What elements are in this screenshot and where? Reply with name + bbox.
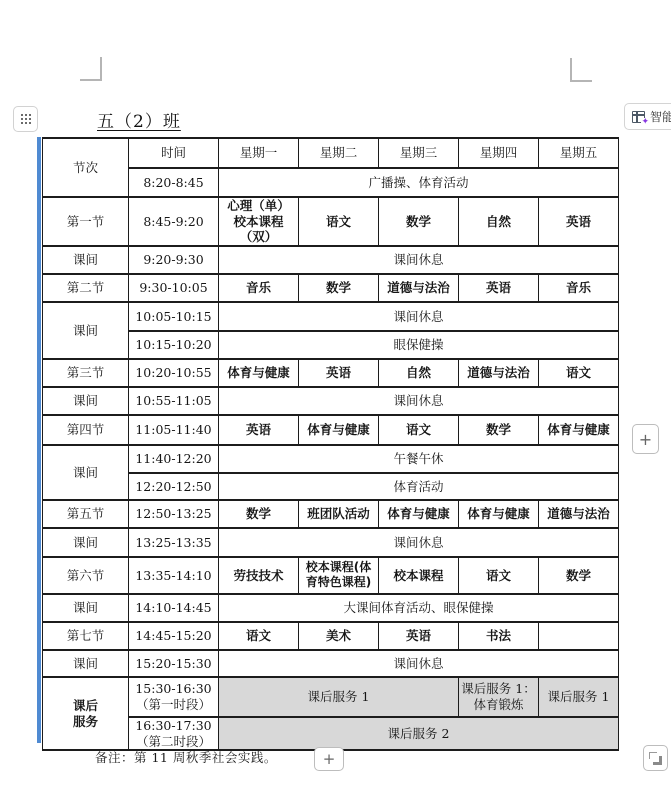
subject-cell[interactable]: 音乐 bbox=[219, 274, 299, 302]
table-row: 第六节 13:35-14:10 劳技技术 校本课程(体育特色课程) 校本课程 语… bbox=[43, 557, 619, 594]
activity-cell[interactable]: 广播操、体育活动 bbox=[219, 168, 619, 197]
subject-cell[interactable]: 语文 bbox=[379, 415, 459, 445]
activity-cell[interactable]: 体育活动 bbox=[219, 473, 619, 500]
subject-cell[interactable]: 语文 bbox=[459, 557, 539, 594]
time-cell[interactable]: 10:05-10:15 bbox=[129, 302, 219, 331]
table-drag-handle[interactable] bbox=[13, 106, 38, 132]
time-cell[interactable]: 15:30-16:30 （第一时段） bbox=[129, 677, 219, 717]
section-cell[interactable]: 第四节 bbox=[43, 415, 129, 445]
smart-table-button[interactable]: ✦ 智能 bbox=[624, 103, 671, 130]
subject-cell[interactable]: 语文 bbox=[219, 622, 299, 650]
subject-cell[interactable]: 数学 bbox=[219, 500, 299, 528]
resize-corners-icon bbox=[649, 752, 662, 765]
table-row: 第三节 10:20-10:55 体育与健康 英语 自然 道德与法治 语文 bbox=[43, 359, 619, 387]
time-cell[interactable]: 11:40-12:20 bbox=[129, 445, 219, 473]
table-row: 第五节 12:50-13:25 数学 班团队活动 体育与健康 体育与健康 道德与… bbox=[43, 500, 619, 528]
time-cell[interactable]: 13:35-14:10 bbox=[129, 557, 219, 594]
subject-cell[interactable]: 道德与法治 bbox=[459, 359, 539, 387]
table-row: 课间 10:55-11:05 课间休息 bbox=[43, 387, 619, 415]
day-header-cell[interactable]: 星期一 bbox=[219, 138, 299, 168]
section-cell[interactable]: 课间 bbox=[43, 302, 129, 359]
add-row-button[interactable]: + bbox=[314, 747, 344, 771]
subject-cell[interactable]: 道德与法治 bbox=[379, 274, 459, 302]
time-cell[interactable]: 12:20-12:50 bbox=[129, 473, 219, 500]
section-cell[interactable]: 课间 bbox=[43, 387, 129, 415]
time-cell[interactable]: 11:05-11:40 bbox=[129, 415, 219, 445]
subject-cell[interactable]: 英语 bbox=[219, 415, 299, 445]
table-row: 8:20-8:45 广播操、体育活动 bbox=[43, 168, 619, 197]
day-header-cell[interactable]: 星期四 bbox=[459, 138, 539, 168]
table-row: 第二节 9:30-10:05 音乐 数学 道德与法治 英语 音乐 bbox=[43, 274, 619, 302]
activity-cell[interactable]: 午餐午休 bbox=[219, 445, 619, 473]
table-row: 课间 13:25-13:35 课间休息 bbox=[43, 528, 619, 557]
activity-cell[interactable]: 课间休息 bbox=[219, 302, 619, 331]
section-cell[interactable]: 课间 bbox=[43, 445, 129, 500]
time-header-cell[interactable]: 时间 bbox=[129, 138, 219, 168]
sparkle-icon: ✦ bbox=[641, 118, 649, 127]
time-cell[interactable]: 16:30-17:30 （第二时段） bbox=[129, 717, 219, 750]
section-cell[interactable]: 第七节 bbox=[43, 622, 129, 650]
subject-cell[interactable]: 音乐 bbox=[539, 274, 619, 302]
time-cell[interactable]: 9:30-10:05 bbox=[129, 274, 219, 302]
service-cell[interactable]: 课后服务 2 bbox=[219, 717, 619, 750]
table-row: 节次 时间 星期一 星期二 星期三 星期四 星期五 bbox=[43, 138, 619, 168]
subject-cell[interactable]: 体育与健康 bbox=[539, 415, 619, 445]
activity-cell[interactable]: 眼保健操 bbox=[219, 331, 619, 359]
subject-cell[interactable]: 自然 bbox=[379, 359, 459, 387]
subject-cell[interactable]: 英语 bbox=[299, 359, 379, 387]
time-cell[interactable]: 10:15-10:20 bbox=[129, 331, 219, 359]
subject-cell[interactable]: 数学 bbox=[299, 274, 379, 302]
table-row: 课间 9:20-9:30 课间休息 bbox=[43, 246, 619, 274]
time-cell[interactable]: 12:50-13:25 bbox=[129, 500, 219, 528]
table-row: 课后 服务 15:30-16:30 （第一时段） 课后服务 1 课后服务 1： … bbox=[43, 677, 619, 717]
section-cell[interactable]: 第二节 bbox=[43, 274, 129, 302]
day-header-cell[interactable]: 星期五 bbox=[539, 138, 619, 168]
subject-cell[interactable]: 道德与法治 bbox=[539, 500, 619, 528]
section-cell[interactable]: 课间 bbox=[43, 528, 129, 557]
table-row: 课间 15:20-15:30 课间休息 bbox=[43, 650, 619, 677]
section-cell[interactable]: 课后 服务 bbox=[43, 677, 129, 750]
subject-cell[interactable]: 美术 bbox=[299, 622, 379, 650]
document-canvas: 五（2）班 ✦ 智能 节次 时间 星期一 星期二 星期三 星期四 星期五 8:2… bbox=[0, 0, 671, 799]
accent-stripe bbox=[37, 137, 41, 743]
day-header-cell[interactable]: 星期三 bbox=[379, 138, 459, 168]
section-cell[interactable]: 第三节 bbox=[43, 359, 129, 387]
subject-cell[interactable]: 数学 bbox=[539, 557, 619, 594]
grid-dots-icon bbox=[21, 114, 31, 124]
subject-cell[interactable]: 语文 bbox=[539, 359, 619, 387]
time-cell[interactable]: 13:25-13:35 bbox=[129, 528, 219, 557]
time-cell[interactable]: 10:55-11:05 bbox=[129, 387, 219, 415]
page-corner-mark-top-right bbox=[570, 58, 592, 82]
subject-cell[interactable]: 劳技技术 bbox=[219, 557, 299, 594]
activity-cell[interactable]: 课间休息 bbox=[219, 246, 619, 274]
section-cell[interactable]: 课间 bbox=[43, 594, 129, 622]
smart-table-icon: ✦ bbox=[632, 111, 645, 123]
section-cell[interactable]: 第五节 bbox=[43, 500, 129, 528]
section-cell[interactable]: 课间 bbox=[43, 650, 129, 677]
activity-cell[interactable]: 课间休息 bbox=[219, 650, 619, 677]
time-cell[interactable]: 10:20-10:55 bbox=[129, 359, 219, 387]
service-cell[interactable]: 课后服务 1： 体育锻炼 bbox=[459, 677, 539, 717]
subject-cell[interactable]: 校本课程 bbox=[379, 557, 459, 594]
class-title[interactable]: 五（2）班 bbox=[97, 107, 181, 132]
table-row: 12:20-12:50 体育活动 bbox=[43, 473, 619, 500]
subject-cell[interactable]: 班团队活动 bbox=[299, 500, 379, 528]
subject-cell[interactable]: 体育与健康 bbox=[459, 500, 539, 528]
service-cell[interactable]: 课后服务 1 bbox=[539, 677, 619, 717]
subject-cell[interactable]: 英语 bbox=[379, 622, 459, 650]
time-cell[interactable]: 9:20-9:30 bbox=[129, 246, 219, 274]
section-cell[interactable]: 第一节 bbox=[43, 197, 129, 246]
expand-table-button[interactable] bbox=[643, 745, 668, 771]
table-row: 10:15-10:20 眼保健操 bbox=[43, 331, 619, 359]
time-cell[interactable]: 15:20-15:30 bbox=[129, 650, 219, 677]
section-cell[interactable]: 课间 bbox=[43, 246, 129, 274]
subject-cell[interactable]: 体育与健康 bbox=[219, 359, 299, 387]
service-cell[interactable]: 课后服务 1 bbox=[219, 677, 459, 717]
subject-cell[interactable]: 英语 bbox=[459, 274, 539, 302]
subject-cell[interactable]: 语文 bbox=[299, 197, 379, 246]
page-corner-mark-top-left bbox=[80, 57, 102, 81]
activity-cell[interactable]: 大课间体育活动、眼保健操 bbox=[219, 594, 619, 622]
smart-table-button-label: 智能 bbox=[650, 108, 671, 125]
table-row: 课间 14:10-14:45 大课间体育活动、眼保健操 bbox=[43, 594, 619, 622]
add-column-button[interactable]: + bbox=[632, 424, 659, 454]
day-header-cell[interactable]: 星期二 bbox=[299, 138, 379, 168]
subject-cell[interactable]: 校本课程(体育特色课程) bbox=[299, 557, 379, 594]
subject-cell[interactable]: 数学 bbox=[459, 415, 539, 445]
activity-cell[interactable]: 课间休息 bbox=[219, 528, 619, 557]
time-cell[interactable]: 14:45-15:20 bbox=[129, 622, 219, 650]
activity-cell[interactable]: 课间休息 bbox=[219, 387, 619, 415]
subject-cell[interactable] bbox=[539, 622, 619, 650]
time-cell[interactable]: 14:10-14:45 bbox=[129, 594, 219, 622]
note-text[interactable]: 备注：第 11 周秋季社会实践。 bbox=[95, 748, 277, 766]
subject-cell[interactable]: 体育与健康 bbox=[299, 415, 379, 445]
time-cell[interactable]: 8:20-8:45 bbox=[129, 168, 219, 197]
table-row: 课间 11:40-12:20 午餐午休 bbox=[43, 445, 619, 473]
subject-cell[interactable]: 英语 bbox=[539, 197, 619, 246]
subject-cell[interactable]: 心理（单） 校本课程（双） bbox=[219, 197, 299, 246]
subject-cell[interactable]: 数学 bbox=[379, 197, 459, 246]
section-cell[interactable]: 第六节 bbox=[43, 557, 129, 594]
timetable: 节次 时间 星期一 星期二 星期三 星期四 星期五 8:20-8:45 广播操、… bbox=[42, 137, 619, 751]
table-row: 课间 10:05-10:15 课间休息 bbox=[43, 302, 619, 331]
table-row: 第一节 8:45-9:20 心理（单） 校本课程（双） 语文 数学 自然 英语 bbox=[43, 197, 619, 246]
subject-cell[interactable]: 体育与健康 bbox=[379, 500, 459, 528]
subject-cell[interactable]: 自然 bbox=[459, 197, 539, 246]
time-cell[interactable]: 8:45-9:20 bbox=[129, 197, 219, 246]
subject-cell[interactable]: 书法 bbox=[459, 622, 539, 650]
section-header-cell[interactable]: 节次 bbox=[43, 138, 129, 197]
table-row: 第四节 11:05-11:40 英语 体育与健康 语文 数学 体育与健康 bbox=[43, 415, 619, 445]
table-row: 第七节 14:45-15:20 语文 美术 英语 书法 bbox=[43, 622, 619, 650]
table-row: 16:30-17:30 （第二时段） 课后服务 2 bbox=[43, 717, 619, 750]
